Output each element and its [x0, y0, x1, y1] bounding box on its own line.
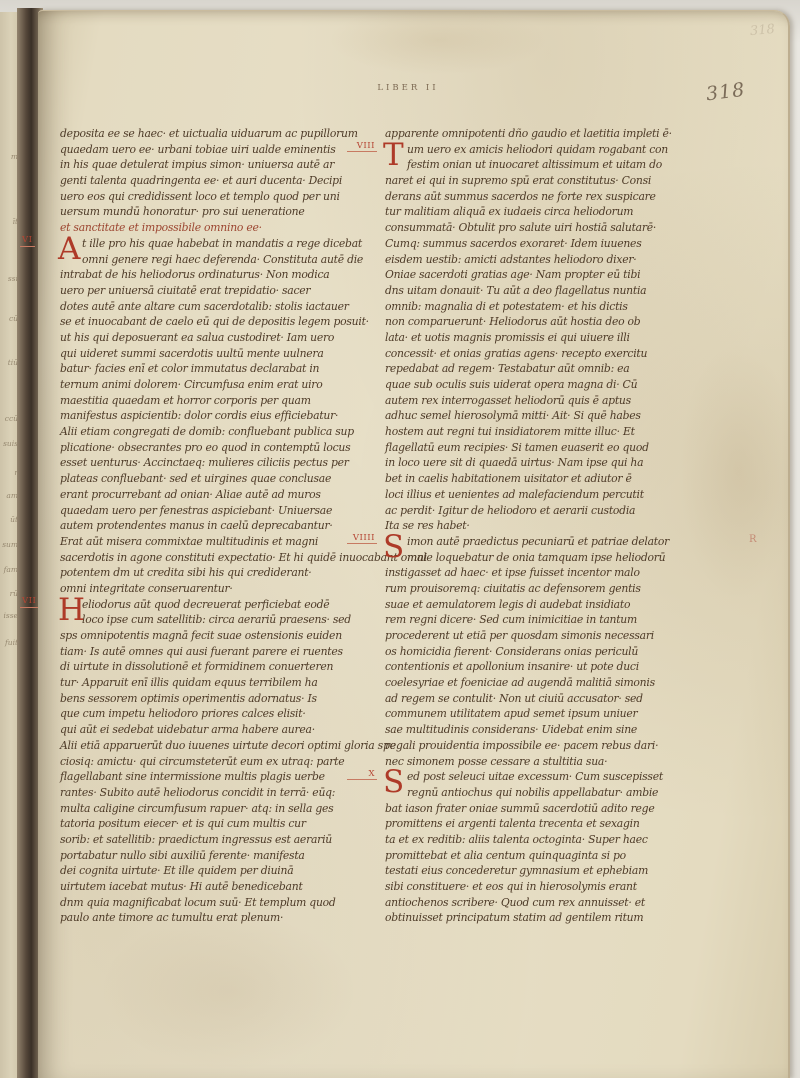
- facing-page-fragment: ccū: [5, 414, 18, 423]
- line-text: regnū antiochus qui nobilis appellabatur…: [407, 786, 658, 799]
- line-text: deposita ee se haec· et uictualia uiduar…: [60, 127, 358, 140]
- line-text: sorib: et satellitib: praedictum ingress…: [60, 833, 332, 846]
- line-text: dns uitam donauit· Tu aūt a deo flagella…: [385, 284, 646, 297]
- line-text: ac perdit· Igitur de heliodoro et aerari…: [385, 504, 635, 517]
- text-line: regali prouidentia impossibile ee· pacem…: [385, 738, 730, 754]
- manuscript-photo: mītssicūtiūccūsuisramūtsumfamrūissefuit …: [0, 0, 800, 1078]
- line-text: sacerdotis in agone constituti expectati…: [60, 551, 427, 564]
- line-text: erant procurrebant ad onian· Aliae autē …: [60, 488, 321, 501]
- text-line: sibi constituere· et eos qui in hierosol…: [385, 879, 730, 895]
- line-text: flagellatū eum recipies· Si tamen euaser…: [385, 441, 649, 454]
- line-text: promittebat et alia centum quinquaginta …: [385, 849, 626, 862]
- text-line: deposita ee se haec· et uictualia uiduar…: [60, 126, 390, 142]
- line-text: promittens ei argenti talenta trecenta e…: [385, 817, 640, 830]
- text-line: uirtutem iacebat mutus· Hi autē benedice…: [60, 879, 390, 895]
- line-text: genti talenta quadringenta ee· et auri d…: [60, 174, 342, 187]
- text-line: batur· facies enī et color immutatus dec…: [60, 361, 390, 377]
- text-line: omnib: magnalia di et potestatem· et his…: [385, 299, 730, 315]
- line-text: flagellabant sine intermissione multis p…: [60, 770, 325, 783]
- line-text: antiochenos scribere· Quod cum rex annui…: [385, 896, 645, 909]
- text-line: eisdem uestib: amicti adstantes heliodor…: [385, 252, 730, 268]
- line-text: omni genere regi haec deferenda· Constit…: [82, 253, 363, 266]
- text-line: erant procurrebant ad onian· Aliae autē …: [60, 487, 390, 503]
- text-line: sacerdotis in agone constituti expectati…: [60, 550, 390, 566]
- text-line: autem rex interrogasset heliodorū quis ē…: [385, 393, 730, 409]
- text-line: dnm quia magnificabat locum suū· Et temp…: [60, 895, 390, 911]
- line-text: rantes· Subito autē heliodorus concidit …: [60, 786, 335, 799]
- line-text: uersum mundū honoratur· pro sui uenerati…: [60, 205, 305, 218]
- line-text: eliodorus aūt quod decreuerat perficieba…: [82, 598, 329, 611]
- text-line: Ita se res habet·: [385, 518, 730, 534]
- text-line: lata· et uotis magnis promissis ei qui u…: [385, 330, 730, 346]
- text-line: omni genere regi haec deferenda· Constit…: [60, 252, 390, 268]
- text-line: flagellabant sine intermissione multis p…: [60, 769, 390, 785]
- text-line: Tum uero ex amicis heliodori quidam roga…: [385, 142, 730, 158]
- column-left: deposita ee se haec· et uictualia uiduar…: [60, 126, 390, 926]
- line-text: adhuc semel hierosolymā mitti· Ait· Si q…: [385, 409, 641, 422]
- line-text: lata· et uotis magnis promissis ei qui u…: [385, 331, 630, 344]
- text-line: sae multitudinis considerans· Uidebat en…: [385, 722, 730, 738]
- line-text: coelesyriae et foeniciae ad augendā mali…: [385, 676, 655, 689]
- text-line: Erat aūt misera commixtae multitudinis e…: [60, 534, 390, 550]
- text-line: Heliodorus aūt quod decreuerat perficieb…: [60, 597, 390, 613]
- line-text: obtinuisset principatum statim ad gentil…: [385, 911, 643, 924]
- line-text: um uero ex amicis heliodori quidam rogab…: [407, 143, 668, 156]
- text-line: consummatā· Obtulit pro salute uiri host…: [385, 220, 730, 236]
- line-text: maestitia quaedam et horror corporis per…: [60, 394, 311, 407]
- text-line: intrabat de his heliodorus ordinaturus· …: [60, 267, 390, 283]
- line-text: apparente omnipotenti dño gaudio et laet…: [385, 127, 672, 140]
- line-text: ed post seleuci uitae excessum· Cum susc…: [407, 770, 663, 783]
- line-text: bens sessorem optimis operimentis adorna…: [60, 692, 317, 705]
- text-line: quae sub oculis suis uiderat opera magna…: [385, 377, 730, 393]
- line-text: imon autē praedictus pecuniarū et patria…: [407, 535, 669, 548]
- ghost-folio-number: 318: [749, 22, 775, 39]
- text-line: tur malitiam aliquā ex iudaeis circa hel…: [385, 204, 730, 220]
- line-text: communem utilitatem apud semet ipsum uni…: [385, 707, 637, 720]
- line-text: quaedam uero ee· urbani tobiae uiri uald…: [60, 143, 336, 156]
- text-line: Simon autē praedictus pecuniarū et patri…: [385, 534, 730, 550]
- line-text: batur· facies enī et color immutatus dec…: [60, 362, 319, 375]
- text-line: in loco uere sit di quaedā uirtus· Nam i…: [385, 455, 730, 471]
- line-text: repedabat ad regem· Testabatur aūt omnib…: [385, 362, 629, 375]
- line-text: Alii etiam congregati de domib: conflueb…: [60, 425, 354, 438]
- line-text: os homicidia fierent· Considerans onias …: [385, 645, 638, 658]
- line-text: t ille pro his quae habebat in mandatis …: [82, 237, 362, 250]
- folio-number: 318: [705, 79, 747, 106]
- text-line: naret ei qui in supremo spū erat constit…: [385, 173, 730, 189]
- line-text: ut his qui deposuerant ea salua custodir…: [60, 331, 334, 344]
- parchment-stain: [98, 911, 358, 1071]
- text-line: communem utilitatem apud semet ipsum uni…: [385, 706, 730, 722]
- line-text: omnib: magnalia di et potestatem· et his…: [385, 300, 628, 313]
- line-text: Erat aūt misera commixtae multitudinis e…: [60, 535, 318, 548]
- text-line: suae et aemulatorem legis di audebat ins…: [385, 597, 730, 613]
- line-text: derans aūt summus sacerdos ne forte rex …: [385, 190, 656, 203]
- line-text: tatoria positum eiecer· et is qui cum mu…: [60, 817, 306, 830]
- line-text: non comparuerunt· Heliodorus aūt hostia …: [385, 315, 640, 328]
- text-line: testati eius concederetur gymnasium et e…: [385, 863, 730, 879]
- margin-note: R: [749, 534, 757, 545]
- line-text: in his quae detulerat impius simon· uniu…: [60, 158, 334, 171]
- text-line: sps omnipotentis magnā fecit suae ostens…: [60, 628, 390, 644]
- text-line: rem regni dicere· Sed cum inimicitiae in…: [385, 612, 730, 628]
- facing-page-fragment: suis: [3, 439, 18, 448]
- line-text: intrabat de his heliodorus ordinaturus· …: [60, 268, 329, 281]
- text-line: in his quae detulerat impius simon· uniu…: [60, 157, 390, 173]
- text-line: non comparuerunt· Heliodorus aūt hostia …: [385, 314, 730, 330]
- line-text: manifestus aspicientib: dolor cordis eiu…: [60, 409, 338, 422]
- line-text: contentionis et apollonium insanire· ut …: [385, 660, 639, 673]
- text-line: uero eos qui credidissent loco et templo…: [60, 189, 390, 205]
- text-line: promittebat et alia centum quinquaginta …: [385, 848, 730, 864]
- line-text: Alii etiā apparuerūt duo iuuenes uirtute…: [60, 739, 396, 752]
- text-line: qui aūt ei sedebat uidebatur arma habere…: [60, 722, 390, 738]
- chapter-numeral: VI: [20, 235, 35, 247]
- line-text: plateas confluebant· sed et uirgines qua…: [60, 472, 331, 485]
- line-text: Cumq: summus sacerdos exoraret· Idem iuu…: [385, 237, 642, 250]
- line-text: dnm quia magnificabat locum suū· Et temp…: [60, 896, 336, 909]
- text-line: contentionis et apollonium insanire· ut …: [385, 659, 730, 675]
- text-line: dei cognita uirtute· Et ille quidem per …: [60, 863, 390, 879]
- line-text: nec simonem posse cessare a stultitia su…: [385, 755, 607, 768]
- text-line: paulo ante timore ac tumultu erat plenum…: [60, 910, 390, 926]
- text-line: uero per uniuersā ciuitatē erat trepidat…: [60, 283, 390, 299]
- text-line: Alii etiam congregati de domib: conflueb…: [60, 424, 390, 440]
- text-line: maestitia quaedam et horror corporis per…: [60, 393, 390, 409]
- text-line: Cumq: summus sacerdos exoraret· Idem iuu…: [385, 236, 730, 252]
- text-line: repedabat ad regem· Testabatur aūt omnib…: [385, 361, 730, 377]
- line-text: paulo ante timore ac tumultu erat plenum…: [60, 911, 283, 924]
- facing-page-fragment: fam: [4, 565, 18, 574]
- text-line: manifestus aspicientib: dolor cordis eiu…: [60, 408, 390, 424]
- line-text: dotes autē ante altare cum sacerdotalib:…: [60, 300, 349, 313]
- text-line: autem protendentes manus in caelū deprec…: [60, 518, 390, 534]
- chapter-numeral: VII: [20, 596, 38, 608]
- text-line: rantes· Subito autē heliodorus concidit …: [60, 785, 390, 801]
- line-text: male loquebatur de onia tamquam ipse hel…: [407, 551, 665, 564]
- line-text: di uirtute in dissolutionē et formidinem…: [60, 660, 333, 673]
- text-line: uersum mundū honoratur· pro sui uenerati…: [60, 204, 390, 220]
- chapter-numeral: VIIII: [347, 533, 377, 544]
- line-text: Oniae sacerdoti gratias age· Nam propter…: [385, 268, 640, 281]
- line-text: instigasset ad haec· et ipse fuisset inc…: [385, 566, 640, 579]
- text-line: tiam· Is autē omnes qui ausi fuerant par…: [60, 644, 390, 660]
- text-line: regnū antiochus qui nobilis appellabatur…: [385, 785, 730, 801]
- text-line: os homicidia fierent· Considerans onias …: [385, 644, 730, 660]
- text-line: Oniae sacerdoti gratias age· Nam propter…: [385, 267, 730, 283]
- text-line: procederent ut etiā per quosdam simonis …: [385, 628, 730, 644]
- text-line: male loquebatur de onia tamquam ipse hel…: [385, 550, 730, 566]
- text-line: loci illius et uenientes ad malefaciendu…: [385, 487, 730, 503]
- line-text: concessit· et onias gratias agens· recep…: [385, 347, 647, 360]
- line-text: naret ei qui in supremo spū erat constit…: [385, 174, 651, 187]
- manuscript-page: 318 LIBER II 318 deposita ee se haec· et…: [38, 10, 790, 1078]
- line-text: sps omnipotentis magnā fecit suae ostens…: [60, 629, 342, 642]
- text-line: derans aūt summus sacerdos ne forte rex …: [385, 189, 730, 205]
- running-title: LIBER II: [318, 83, 498, 93]
- text-line: nec simonem posse cessare a stultitia su…: [385, 754, 730, 770]
- text-line: bat iason frater oniae summū sacerdotiū …: [385, 801, 730, 817]
- text-line: qui uideret summi sacerdotis uultū mente…: [60, 346, 390, 362]
- line-text: bat iason frater oniae summū sacerdotiū …: [385, 802, 654, 815]
- line-text: consummatā· Obtulit pro salute uiri host…: [385, 221, 656, 234]
- line-text: ternum animi dolorem· Circumfusa enim er…: [60, 378, 322, 391]
- line-text: in loco uere sit di quaedā uirtus· Nam i…: [385, 456, 643, 469]
- line-text: qui aūt ei sedebat uidebatur arma habere…: [60, 723, 315, 736]
- text-line: sorib: et satellitib: praedictum ingress…: [60, 832, 390, 848]
- facing-page-fragment: isse: [3, 611, 18, 620]
- line-text: eisdem uestib: amicti adstantes heliodor…: [385, 253, 636, 266]
- text-line: apparente omnipotenti dño gaudio et laet…: [385, 126, 730, 142]
- text-line: quaedam uero ee· urbani tobiae uiri uald…: [60, 142, 390, 158]
- text-line: tur· Apparuit enī illis quidam equus ter…: [60, 675, 390, 691]
- text-line: tatoria positum eiecer· et is qui cum mu…: [60, 816, 390, 832]
- text-line: Sed post seleuci uitae excessum· Cum sus…: [385, 769, 730, 785]
- line-text: regali prouidentia impossibile ee· pacem…: [385, 739, 658, 752]
- text-line: ciosiq: amictu· qui circumsteterūt eum e…: [60, 754, 390, 770]
- line-text: sibi constituere· et eos qui in hierosol…: [385, 880, 637, 893]
- text-line: coelesyriae et foeniciae ad augendā mali…: [385, 675, 730, 691]
- line-text: potentem dm ut credita sibi his qui cred…: [60, 566, 311, 579]
- line-text: qui uideret summi sacerdotis uultū mente…: [60, 347, 324, 360]
- line-text: que cum impetu heliodoro priores calces …: [60, 707, 306, 720]
- text-line: dns uitam donauit· Tu aūt a deo flagella…: [385, 283, 730, 299]
- line-text: hostem aut regni tui insidiatorem mitte …: [385, 425, 635, 438]
- line-text: tiam· Is autē omnes qui ausi fuerant par…: [60, 645, 343, 658]
- text-line: bens sessorem optimis operimentis adorna…: [60, 691, 390, 707]
- text-line: plateas confluebant· sed et uirgines qua…: [60, 471, 390, 487]
- text-line: se et inuocabant de caelo eū qui de depo…: [60, 314, 390, 330]
- line-text: autem protendentes manus in caelū deprec…: [60, 519, 333, 532]
- text-line: rum prouisoremq: ciuitatis ac defensorem…: [385, 581, 730, 597]
- text-line: adhuc semel hierosolymā mitti· Ait· Si q…: [385, 408, 730, 424]
- text-line: ad regem se contulit· Non ut ciuiū accus…: [385, 691, 730, 707]
- line-text: plicatione· obsecrantes pro eo quod in c…: [60, 441, 350, 454]
- text-line: bet in caelis habitationem uisitator et …: [385, 471, 730, 487]
- line-text: tur malitiam aliquā ex iudaeis circa hel…: [385, 205, 633, 218]
- text-line: ut his qui deposuerant ea salua custodir…: [60, 330, 390, 346]
- text-line: festim onian ut inuocaret altissimum et …: [385, 157, 730, 173]
- line-text: rem regni dicere· Sed cum inimicitiae in…: [385, 613, 637, 626]
- line-text: autem rex interrogasset heliodorū quis ē…: [385, 394, 631, 407]
- chapter-numeral: X: [347, 769, 377, 780]
- text-line: ternum animi dolorem· Circumfusa enim er…: [60, 377, 390, 393]
- text-line: hostem aut regni tui insidiatorem mitte …: [385, 424, 730, 440]
- line-text: loco ipse cum satellitib: circa aerariū …: [82, 613, 351, 626]
- text-line: genti talenta quadringenta ee· et auri d…: [60, 173, 390, 189]
- line-text: ta et ex reditib: aliis talenta octogint…: [385, 833, 648, 846]
- text-line: antiochenos scribere· Quod cum rex annui…: [385, 895, 730, 911]
- text-line: multa caligine circumfusum rapuer· atq: …: [60, 801, 390, 817]
- line-text: suae et aemulatorem legis di audebat ins…: [385, 598, 630, 611]
- text-line: portabatur nullo sibi auxiliū ferente· m…: [60, 848, 390, 864]
- parchment-stain: [328, 5, 548, 75]
- text-line: promittens ei argenti talenta trecenta e…: [385, 816, 730, 832]
- line-text: sae multitudinis considerans· Uidebat en…: [385, 723, 637, 736]
- text-line: potentem dm ut credita sibi his qui cred…: [60, 565, 390, 581]
- line-text: omni integritate conseruarentur·: [60, 582, 233, 595]
- text-line: ac perdit· Igitur de heliodoro et aerari…: [385, 503, 730, 519]
- text-line: esset uenturus· Accinctaeq: mulieres cil…: [60, 455, 390, 471]
- text-line: At ille pro his quae habebat in mandatis…: [60, 236, 390, 252]
- text-line: concessit· et onias gratias agens· recep…: [385, 346, 730, 362]
- text-line: omni integritate conseruarentur·: [60, 581, 390, 597]
- line-text: loci illius et uenientes ad malefaciendu…: [385, 488, 644, 501]
- text-line: dotes autē ante altare cum sacerdotalib:…: [60, 299, 390, 315]
- line-text: quae sub oculis suis uiderat opera magna…: [385, 378, 637, 391]
- chapter-numeral: VIII: [347, 141, 377, 152]
- line-text: ciosiq: amictu· qui circumsteterūt eum e…: [60, 755, 344, 768]
- line-text: rum prouisoremq: ciuitatis ac defensorem…: [385, 582, 641, 595]
- line-text: esset uenturus· Accinctaeq: mulieres cil…: [60, 456, 349, 469]
- text-line: obtinuisset principatum statim ad gentil…: [385, 910, 730, 926]
- text-line: quaedam uero per fenestras aspiciebant· …: [60, 503, 390, 519]
- line-text: procederent ut etiā per quosdam simonis …: [385, 629, 654, 642]
- line-text: ad regem se contulit· Non ut ciuiū accus…: [385, 692, 643, 705]
- text-line: loco ipse cum satellitib: circa aerariū …: [60, 612, 390, 628]
- line-text: se et inuocabant de caelo eū qui de depo…: [60, 315, 369, 328]
- line-text: portabatur nullo sibi auxiliū ferente· m…: [60, 849, 305, 862]
- text-line: ta et ex reditib: aliis talenta octogint…: [385, 832, 730, 848]
- line-text: bet in caelis habitationem uisitator et …: [385, 472, 632, 485]
- text-line: flagellatū eum recipies· Si tamen euaser…: [385, 440, 730, 456]
- line-text: testati eius concederetur gymnasium et e…: [385, 864, 648, 877]
- column-right: apparente omnipotenti dño gaudio et laet…: [385, 126, 730, 926]
- text-line: Alii etiā apparuerūt duo iuuenes uirtute…: [60, 738, 390, 754]
- text-line: et sanctitate et impossibile omnino ee·: [60, 220, 390, 236]
- line-text: uero per uniuersā ciuitatē erat trepidat…: [60, 284, 310, 297]
- text-line: instigasset ad haec· et ipse fuisset inc…: [385, 565, 730, 581]
- line-text: uero eos qui credidissent loco et templo…: [60, 190, 340, 203]
- line-text: dei cognita uirtute· Et ille quidem per …: [60, 864, 293, 877]
- text-line: di uirtute in dissolutionē et formidinem…: [60, 659, 390, 675]
- line-text: festim onian ut inuocaret altissimum et …: [407, 158, 662, 171]
- line-text: quaedam uero per fenestras aspiciebant· …: [60, 504, 332, 517]
- line-text: uirtutem iacebat mutus· Hi autē benedice…: [60, 880, 303, 893]
- line-text: tur· Apparuit enī illis quidam equus ter…: [60, 676, 318, 689]
- facing-page-fragment: sum: [2, 540, 18, 549]
- line-text: et sanctitate et impossibile omnino ee·: [60, 221, 262, 234]
- text-line: plicatione· obsecrantes pro eo quod in c…: [60, 440, 390, 456]
- text-line: que cum impetu heliodoro priores calces …: [60, 706, 390, 722]
- line-text: multa caligine circumfusum rapuer· atq: …: [60, 802, 333, 815]
